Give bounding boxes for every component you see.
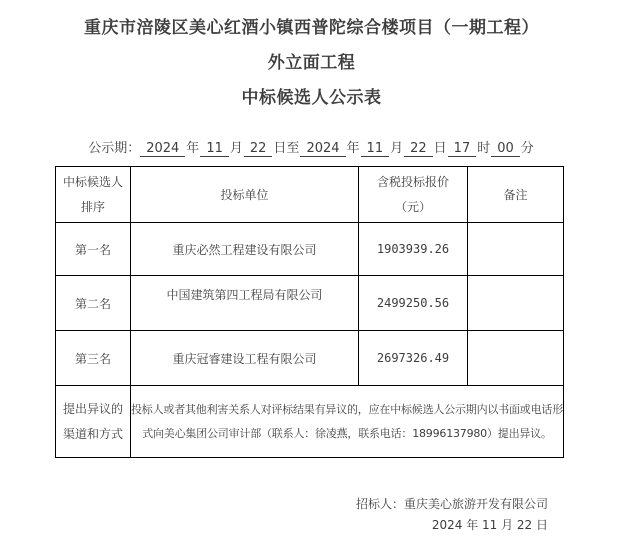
period-end-year-unit: 年 [347, 141, 360, 156]
period-start-year-unit: 年 [186, 141, 199, 156]
period-hour-unit: 时 [477, 141, 490, 156]
objection-row: 提出异议的 渠道和方式 投标人或者其他利害关系人对评标结果有异议的，应在中标候选… [56, 386, 564, 458]
period-day-to-unit: 日至 [273, 141, 299, 156]
period-end-day-unit: 日 [434, 141, 447, 156]
row-2-company: 中国建筑第四工程局有限公司 [131, 276, 359, 331]
period-end-month-unit: 月 [390, 141, 403, 156]
table-row-3: 第三名 重庆冠睿建设工程有限公司 2697326.49 [56, 331, 564, 386]
footer-date: 2024 年 11 月 22 日 [432, 516, 548, 533]
objection-text: 投标人或者其他利害关系人对评标结果有异议的，应在中标候选人公示期内以书面或电话形… [131, 398, 563, 446]
footer-bidder: 招标人：重庆美心旅游开发有限公司 [356, 495, 548, 512]
header-rank-line2: 排序 [56, 195, 130, 220]
period-end-year: 2024 [300, 141, 345, 157]
row-3-rank: 第三名 [56, 331, 131, 386]
objection-label: 提出异议的 渠道和方式 [56, 386, 131, 458]
page-title-line3: 中标候选人公示表 [0, 83, 623, 108]
period-start-month-unit: 月 [230, 141, 243, 156]
header-rank: 中标候选人 排序 [56, 167, 131, 223]
table-header-row: 中标候选人 排序 投标单位 含税投标报价 （元） 备注 [56, 167, 564, 223]
header-rank-line1: 中标候选人 [56, 170, 130, 195]
header-price-line1: 含税投标报价 [359, 170, 467, 195]
header-note: 备注 [468, 167, 564, 223]
row-1-price: 1903939.26 [359, 223, 468, 276]
header-price-line2: （元） [359, 195, 467, 220]
period-end-month: 11 [361, 141, 390, 157]
row-2-price: 2499250.56 [359, 276, 468, 331]
period-end-day: 22 [404, 141, 433, 157]
period-start-day: 22 [244, 141, 273, 157]
row-3-company: 重庆冠睿建设工程有限公司 [131, 331, 359, 386]
header-company: 投标单位 [131, 167, 359, 223]
period-label: 公示期： [88, 141, 140, 156]
row-1-company: 重庆必然工程建设有限公司 [131, 223, 359, 276]
row-2-rank: 第二名 [56, 276, 131, 331]
period-hour: 17 [448, 141, 477, 157]
period-start-year: 2024 [140, 141, 185, 157]
table-row-2: 第二名 中国建筑第四工程局有限公司 2499250.56 [56, 276, 564, 331]
period-minute: 00 [491, 141, 520, 157]
objection-content: 投标人或者其他利害关系人对评标结果有异议的，应在中标候选人公示期内以书面或电话形… [131, 386, 564, 458]
publicity-period: 公示期：2024年11月22日至2024年11月22日17时00分 [0, 137, 623, 157]
page-title-line1: 重庆市涪陵区美心红酒小镇西普陀综合楼项目（一期工程） [0, 13, 623, 38]
candidates-table: 中标候选人 排序 投标单位 含税投标报价 （元） 备注 第一名 重庆必然工程建设… [55, 166, 564, 458]
row-3-price: 2697326.49 [359, 331, 468, 386]
period-start-month: 11 [200, 141, 229, 157]
row-3-note [468, 331, 564, 386]
announcement-page: 重庆市涪陵区美心红酒小镇西普陀综合楼项目（一期工程） 外立面工程 中标候选人公示… [0, 0, 623, 543]
header-price: 含税投标报价 （元） [359, 167, 468, 223]
row-1-rank: 第一名 [56, 223, 131, 276]
table-row-1: 第一名 重庆必然工程建设有限公司 1903939.26 [56, 223, 564, 276]
page-title-line2: 外立面工程 [0, 48, 623, 73]
objection-label-line2: 渠道和方式 [56, 422, 130, 447]
row-2-note [468, 276, 564, 331]
period-minute-unit: 分 [521, 141, 534, 156]
objection-label-line1: 提出异议的 [56, 397, 130, 422]
row-1-note [468, 223, 564, 276]
